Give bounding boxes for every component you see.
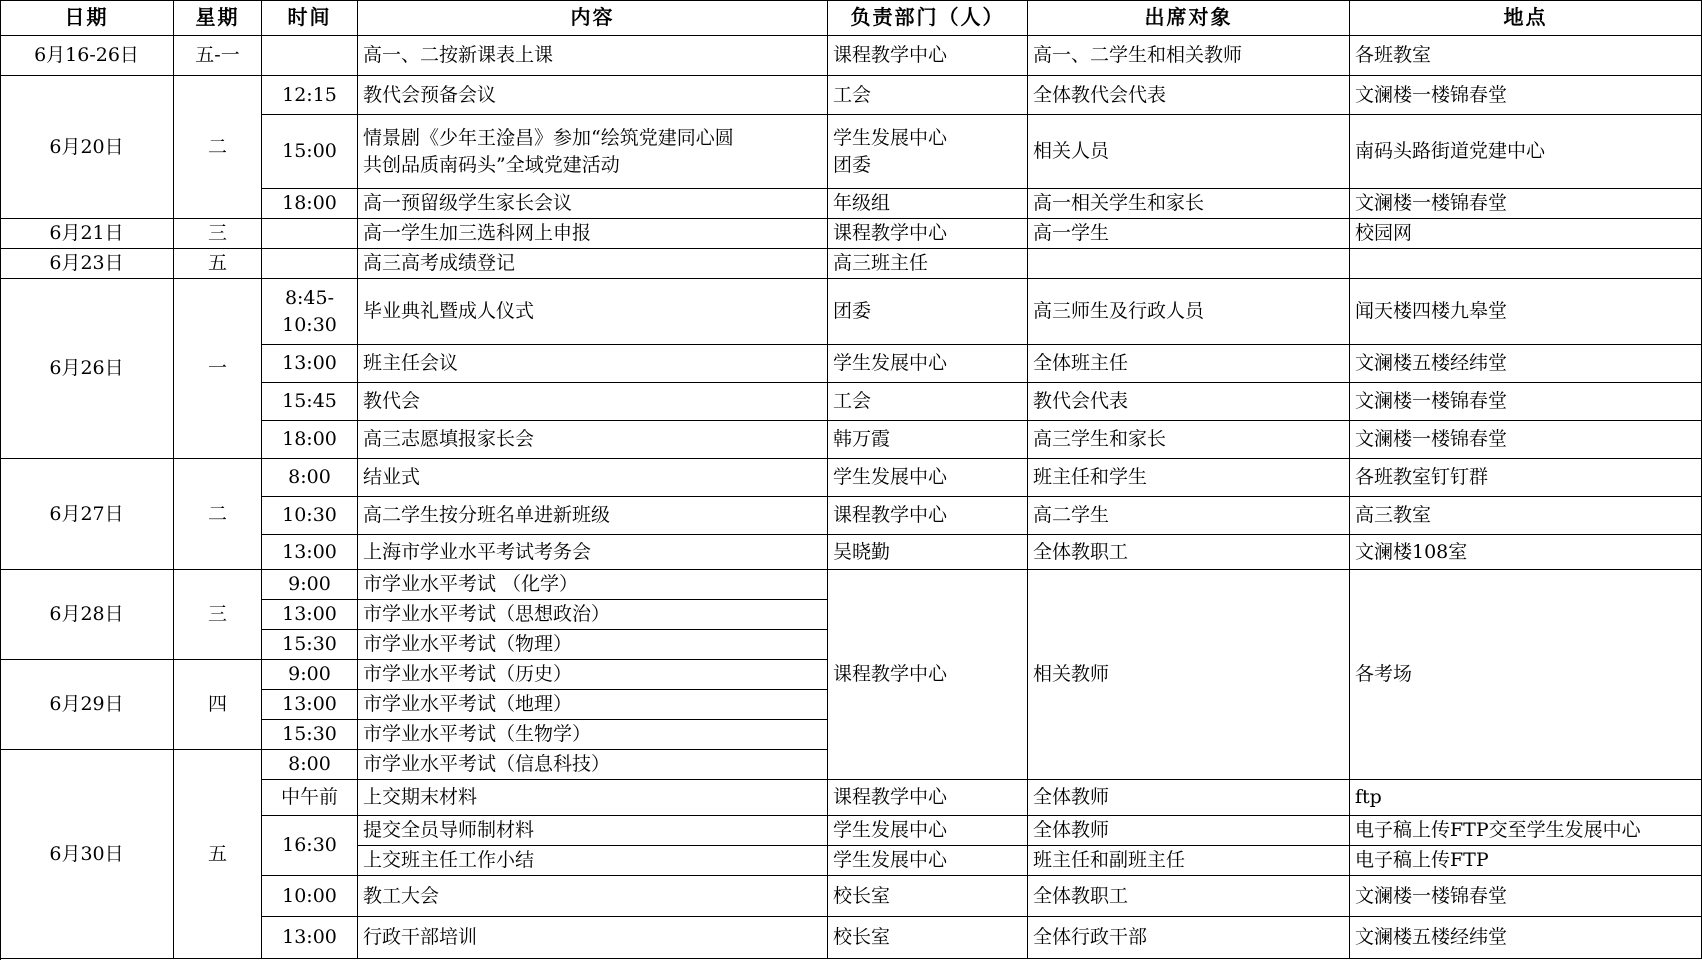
table-cell-content: 高二学生按分班名单进新班级 (358, 497, 828, 535)
table-cell-location: 文澜楼五楼经纬堂 (1350, 345, 1702, 383)
table-cell-attendees: 教代会代表 (1028, 383, 1350, 421)
table-cell-location: 文澜楼108室 (1350, 535, 1702, 570)
table-cell-dept: 吴晓勤 (828, 535, 1028, 570)
table-cell-date: 6月23日 (0, 249, 174, 279)
table-cell-attendees (1028, 249, 1350, 279)
table-cell-weekday: 一 (174, 279, 262, 459)
table-cell-dept: 高三班主任 (828, 249, 1028, 279)
column-header-location: 地点 (1350, 0, 1702, 36)
table-cell-attendees: 高一相关学生和家长 (1028, 189, 1350, 219)
table-cell-content: 教代会 (358, 383, 828, 421)
table-cell-content: 毕业典礼暨成人仪式 (358, 279, 828, 345)
table-cell-attendees: 全体教代会代表 (1028, 76, 1350, 115)
table-cell-time (262, 219, 358, 249)
table-cell-weekday: 五 (174, 249, 262, 279)
table-cell-dept: 课程教学中心 (828, 780, 1028, 816)
table-cell-location: 各考场 (1350, 570, 1702, 780)
column-header-time: 时间 (262, 0, 358, 36)
table-cell-content: 高三高考成绩登记 (358, 249, 828, 279)
table-cell-time: 15:30 (262, 720, 358, 750)
table-cell-content: 市学业水平考试 （化学） (358, 570, 828, 600)
table-cell-date: 6月21日 (0, 219, 174, 249)
table-cell-attendees: 全体行政干部 (1028, 917, 1350, 959)
table-cell-date: 6月26日 (0, 279, 174, 459)
table-cell-dept: 韩万霞 (828, 421, 1028, 459)
table-cell-location: 校园网 (1350, 219, 1702, 249)
table-cell-weekday: 四 (174, 660, 262, 750)
table-cell-attendees: 相关教师 (1028, 570, 1350, 780)
table-cell-location: 电子稿上传FTP交至学生发展中心 (1350, 816, 1702, 846)
table-cell-time: 15:45 (262, 383, 358, 421)
table-cell-content: 提交全员导师制材料 (358, 816, 828, 846)
table-cell-attendees: 相关人员 (1028, 115, 1350, 189)
table-cell-content: 市学业水平考试（地理） (358, 690, 828, 720)
table-cell-dept: 校长室 (828, 876, 1028, 917)
column-header-date: 日期 (0, 0, 174, 36)
table-cell-content: 高一预留级学生家长会议 (358, 189, 828, 219)
table-cell-dept: 学生发展中心 (828, 459, 1028, 497)
table-cell-content: 教代会预备会议 (358, 76, 828, 115)
table-cell-dept: 年级组 (828, 189, 1028, 219)
table-cell-attendees: 全体教职工 (1028, 876, 1350, 917)
table-cell-content: 行政干部培训 (358, 917, 828, 959)
table-cell-attendees: 班主任和学生 (1028, 459, 1350, 497)
table-cell-dept: 课程教学中心 (828, 497, 1028, 535)
table-cell-location: 文澜楼一楼锦春堂 (1350, 876, 1702, 917)
column-header-dept: 负责部门（人） (828, 0, 1028, 36)
table-cell-time: 16:30 (262, 816, 358, 876)
table-cell-location: 文澜楼一楼锦春堂 (1350, 76, 1702, 115)
table-cell-content: 教工大会 (358, 876, 828, 917)
table-cell-time: 12:15 (262, 76, 358, 115)
table-cell-location: 南码头路街道党建中心 (1350, 115, 1702, 189)
table-cell-location (1350, 249, 1702, 279)
column-header-content: 内容 (358, 0, 828, 36)
table-cell-time: 18:00 (262, 421, 358, 459)
table-cell-location: ftp (1350, 780, 1702, 816)
table-cell-content: 上交班主任工作小结 (358, 846, 828, 876)
table-cell-date: 6月27日 (0, 459, 174, 570)
table-cell-dept: 学生发展中心 团委 (828, 115, 1028, 189)
table-cell-time: 13:00 (262, 600, 358, 630)
table-cell-attendees: 高二学生 (1028, 497, 1350, 535)
table-cell-time: 13:00 (262, 345, 358, 383)
table-cell-time: 13:00 (262, 690, 358, 720)
table-cell-weekday: 五 (174, 750, 262, 959)
table-cell-attendees: 全体班主任 (1028, 345, 1350, 383)
table-cell-time: 15:30 (262, 630, 358, 660)
table-cell-location: 闻天楼四楼九皋堂 (1350, 279, 1702, 345)
table-cell-attendees: 全体教师 (1028, 816, 1350, 846)
table-cell-location: 各班教室钉钉群 (1350, 459, 1702, 497)
table-cell-dept: 学生发展中心 (828, 345, 1028, 383)
table-cell-time (262, 249, 358, 279)
table-cell-content: 市学业水平考试（物理） (358, 630, 828, 660)
table-cell-content: 市学业水平考试（生物学） (358, 720, 828, 750)
table-cell-location: 文澜楼一楼锦春堂 (1350, 189, 1702, 219)
table-cell-date: 6月20日 (0, 76, 174, 219)
table-cell-content: 市学业水平考试（思想政治） (358, 600, 828, 630)
table-cell-time: 13:00 (262, 917, 358, 959)
table-cell-attendees: 高一学生 (1028, 219, 1350, 249)
table-cell-time: 8:45- 10:30 (262, 279, 358, 345)
table-cell-location: 各班教室 (1350, 36, 1702, 76)
table-cell-location: 文澜楼五楼经纬堂 (1350, 917, 1702, 959)
table-cell-weekday: 三 (174, 570, 262, 660)
table-cell-time: 18:00 (262, 189, 358, 219)
table-cell-weekday: 五-一 (174, 36, 262, 76)
schedule-table: 日期星期时间内容负责部门（人）出席对象地点6月16-26日五-一高一、二按新课表… (0, 0, 1702, 960)
table-cell-content: 高一、二按新课表上课 (358, 36, 828, 76)
table-cell-attendees: 班主任和副班主任 (1028, 846, 1350, 876)
table-cell-date: 6月28日 (0, 570, 174, 660)
table-cell-time: 9:00 (262, 570, 358, 600)
table-cell-content: 市学业水平考试（历史） (358, 660, 828, 690)
table-cell-time (262, 36, 358, 76)
table-cell-date: 6月30日 (0, 750, 174, 959)
column-header-weekday: 星期 (174, 0, 262, 36)
table-cell-attendees: 高三师生及行政人员 (1028, 279, 1350, 345)
table-cell-dept: 课程教学中心 (828, 219, 1028, 249)
table-cell-dept: 工会 (828, 383, 1028, 421)
table-cell-content: 情景剧《少年王淦昌》参加“绘筑党建同心圆 共创品质南码头”全域党建活动 (358, 115, 828, 189)
table-cell-time: 10:00 (262, 876, 358, 917)
table-cell-content: 结业式 (358, 459, 828, 497)
table-cell-weekday: 二 (174, 459, 262, 570)
column-header-attendees: 出席对象 (1028, 0, 1350, 36)
table-cell-location: 电子稿上传FTP (1350, 846, 1702, 876)
table-cell-time: 13:00 (262, 535, 358, 570)
table-cell-attendees: 全体教职工 (1028, 535, 1350, 570)
table-cell-dept: 学生发展中心 (828, 846, 1028, 876)
table-cell-location: 高三教室 (1350, 497, 1702, 535)
table-cell-weekday: 二 (174, 76, 262, 219)
table-cell-attendees: 高三学生和家长 (1028, 421, 1350, 459)
table-cell-dept: 学生发展中心 (828, 816, 1028, 846)
table-cell-location: 文澜楼一楼锦春堂 (1350, 383, 1702, 421)
table-cell-dept: 校长室 (828, 917, 1028, 959)
table-cell-dept: 课程教学中心 (828, 570, 1028, 780)
table-cell-time: 中午前 (262, 780, 358, 816)
table-cell-date: 6月29日 (0, 660, 174, 750)
table-cell-dept: 课程教学中心 (828, 36, 1028, 76)
table-cell-time: 8:00 (262, 459, 358, 497)
table-cell-attendees: 高一、二学生和相关教师 (1028, 36, 1350, 76)
table-cell-content: 上海市学业水平考试考务会 (358, 535, 828, 570)
table-cell-time: 9:00 (262, 660, 358, 690)
table-cell-attendees: 全体教师 (1028, 780, 1350, 816)
table-cell-content: 上交期末材料 (358, 780, 828, 816)
table-cell-content: 高三志愿填报家长会 (358, 421, 828, 459)
table-cell-content: 高一学生加三选科网上申报 (358, 219, 828, 249)
table-cell-location: 文澜楼一楼锦春堂 (1350, 421, 1702, 459)
table-cell-date: 6月16-26日 (0, 36, 174, 76)
table-cell-dept: 团委 (828, 279, 1028, 345)
table-cell-weekday: 三 (174, 219, 262, 249)
table-cell-time: 10:30 (262, 497, 358, 535)
table-cell-time: 15:00 (262, 115, 358, 189)
table-cell-content: 班主任会议 (358, 345, 828, 383)
table-cell-time: 8:00 (262, 750, 358, 780)
table-cell-dept: 工会 (828, 76, 1028, 115)
table-cell-content: 市学业水平考试（信息科技） (358, 750, 828, 780)
